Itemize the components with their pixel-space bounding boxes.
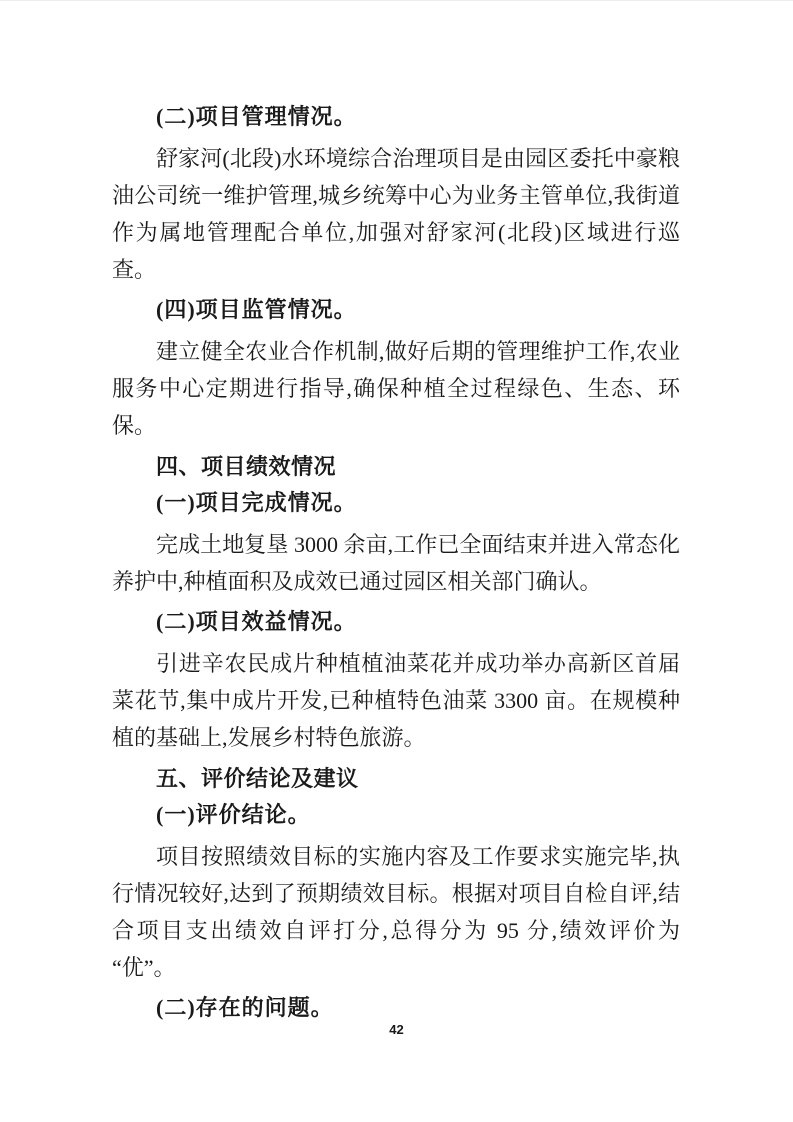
- page-number: 42: [0, 1022, 793, 1037]
- subheading-project-completion: (一)项目完成情况。: [112, 489, 680, 517]
- section-heading-project-performance: 四、项目绩效情况: [112, 452, 680, 482]
- subheading-project-benefits: (二)项目效益情况。: [112, 608, 680, 636]
- subheading-project-supervision: (四)项目监管情况。: [112, 296, 680, 324]
- subheading-project-management: (二)项目管理情况。: [112, 103, 680, 131]
- paragraph-project-management: 舒家河(北段)水环境综合治理项目是由园区委托中豪粮油公司统一维护管理,城乡统筹中…: [112, 140, 680, 288]
- paragraph-project-completion: 完成土地复垦 3000 余亩,工作已全面结束并进入常态化养护中,种植面积及成效已…: [112, 526, 680, 600]
- paragraph-project-supervision: 建立健全农业合作机制,做好后期的管理维护工作,农业服务中心定期进行指导,确保种植…: [112, 333, 680, 444]
- document-body: (二)项目管理情况。 舒家河(北段)水环境综合治理项目是由园区委托中豪粮油公司统…: [112, 103, 680, 1031]
- paragraph-project-benefits: 引进辛农民成片种植植油菜花并成功举办高新区首届菜花节,集中成片开发,已种植特色油…: [112, 645, 680, 756]
- subheading-evaluation-conclusion: (一)评价结论。: [112, 801, 680, 829]
- subheading-existing-problems: (二)存在的问题。: [112, 994, 680, 1022]
- document-page: (二)项目管理情况。 舒家河(北段)水环境综合治理项目是由园区委托中豪粮油公司统…: [0, 0, 793, 1122]
- section-heading-conclusion-suggestions: 五、评价结论及建议: [112, 764, 680, 794]
- paragraph-evaluation-conclusion: 项目按照绩效目标的实施内容及工作要求实施完毕,执行情况较好,达到了预期绩效目标。…: [112, 838, 680, 986]
